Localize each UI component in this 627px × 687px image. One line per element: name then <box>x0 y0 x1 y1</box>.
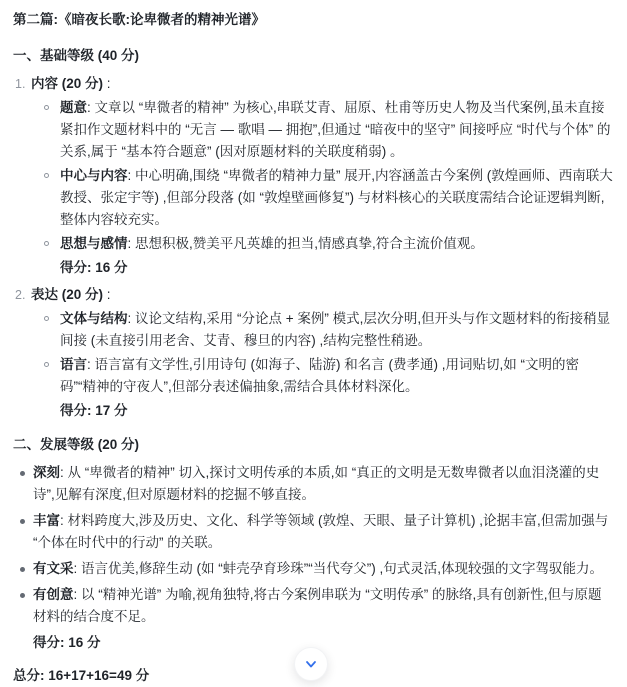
item-label: 表达 (20 分) <box>31 287 103 302</box>
sub-item-label: 中心与内容 <box>60 168 128 183</box>
page-title: 第二篇:《暗夜长歌:论卑微者的精神光谱》 <box>13 9 613 31</box>
score-expression: 得分: 17 分 <box>60 400 613 422</box>
dev-item-creative: 有创意: 以 “精神光谱” 为喻,视角独特,将古今案例串联为 “文明传承” 的脉… <box>13 584 613 628</box>
item-label: 内容 (20 分) <box>31 76 103 91</box>
dev-item-profound: 深刻: 从 “卑微者的精神” 切入,探讨文明传承的本质,如 “真正的文明是无数卑… <box>13 462 613 506</box>
dev-item-text: : 材料跨度大,涉及历史、文化、科学等领域 (敦煌、天眼、量子计算机) ,论据丰… <box>33 513 608 550</box>
bullet-icon <box>20 567 25 572</box>
dev-item-text: : 语言优美,修辞生动 (如 “蚌壳孕育珍珠”“当代夸父”) ,句式灵活,体现较… <box>74 561 603 576</box>
sub-item-text: : 语言富有文学性,引用诗句 (如海子、陆游) 和名言 (费孝通) ,用词贴切,… <box>60 357 579 394</box>
sub-item-label: 题意 <box>60 100 87 115</box>
sub-item-text: : 议论文结构,采用 “分论点 + 案例” 模式,层次分明,但开头与作文题材料的… <box>60 311 610 348</box>
dev-item-rich: 丰富: 材料跨度大,涉及历史、文化、科学等领域 (敦煌、天眼、量子计算机) ,论… <box>13 510 613 554</box>
list-number: 2. <box>15 284 31 306</box>
dev-item-label: 深刻 <box>33 465 60 480</box>
section-heading-development-level: 二、发展等级 (20 分) <box>13 434 613 456</box>
hollow-bullet-icon <box>44 105 49 110</box>
dev-item-text: : 从 “卑微者的精神” 切入,探讨文明传承的本质,如 “真正的文明是无数卑微者… <box>33 465 599 502</box>
sub-item-text: : 文章以 “卑微者的精神” 为核心,串联艾青、屈原、杜甫等历史人物及当代案例,… <box>60 100 610 159</box>
dev-item-label: 有创意 <box>33 587 74 602</box>
essay-review-document: 第二篇:《暗夜长歌:论卑微者的精神光谱》 一、基础等级 (40 分) 1. 内容… <box>0 0 627 687</box>
sub-item-style-structure: 文体与结构: 议论文结构,采用 “分论点 + 案例” 模式,层次分明,但开头与作… <box>13 308 613 352</box>
bullet-icon <box>20 471 25 476</box>
score-content: 得分: 16 分 <box>60 257 613 279</box>
hollow-bullet-icon <box>44 316 49 321</box>
sub-item-text: : 思想积极,赞美平凡英雄的担当,情感真挚,符合主流价值观。 <box>128 236 484 251</box>
scroll-down-button[interactable] <box>294 647 328 681</box>
sub-item-label: 思想与感情 <box>60 236 128 251</box>
hollow-bullet-icon <box>44 173 49 178</box>
hollow-bullet-icon <box>44 241 49 246</box>
bullet-icon <box>20 593 25 598</box>
list-number: 1. <box>15 73 31 95</box>
dev-item-text: : 以 “精神光谱” 为喻,视角独特,将古今案例串联为 “文明传承” 的脉络,具… <box>33 587 602 624</box>
sub-item-thought-emotion: 思想与感情: 思想积极,赞美平凡英雄的担当,情感真挚,符合主流价值观。 <box>13 233 613 255</box>
sub-item-language: 语言: 语言富有文学性,引用诗句 (如海子、陆游) 和名言 (费孝通) ,用词贴… <box>13 354 613 398</box>
sub-item-timing: 题意: 文章以 “卑微者的精神” 为核心,串联艾青、屈原、杜甫等历史人物及当代案… <box>13 97 613 163</box>
section-heading-basic-level: 一、基础等级 (40 分) <box>13 45 613 67</box>
sub-item-label: 语言 <box>60 357 87 372</box>
sub-item-text: : 中心明确,围绕 “卑微者的精神力量” 展开,内容涵盖古今案例 (敦煌画师、西… <box>60 168 613 227</box>
ordered-item-content: 1. 内容 (20 分) : <box>13 73 613 95</box>
dev-item-label: 丰富 <box>33 513 60 528</box>
sub-item-label: 文体与结构 <box>60 311 128 326</box>
bullet-icon <box>20 519 25 524</box>
dev-item-literary: 有文采: 语言优美,修辞生动 (如 “蚌壳孕育珍珠”“当代夸父”) ,句式灵活,… <box>13 558 613 580</box>
score-development: 得分: 16 分 <box>33 632 613 654</box>
hollow-bullet-icon <box>44 362 49 367</box>
dev-item-label: 有文采 <box>33 561 74 576</box>
ordered-item-expression: 2. 表达 (20 分) : <box>13 284 613 306</box>
item-label-suffix: : <box>103 76 111 91</box>
chevron-down-icon <box>303 656 319 672</box>
item-label-suffix: : <box>103 287 111 302</box>
sub-item-center-content: 中心与内容: 中心明确,围绕 “卑微者的精神力量” 展开,内容涵盖古今案例 (敦… <box>13 165 613 231</box>
